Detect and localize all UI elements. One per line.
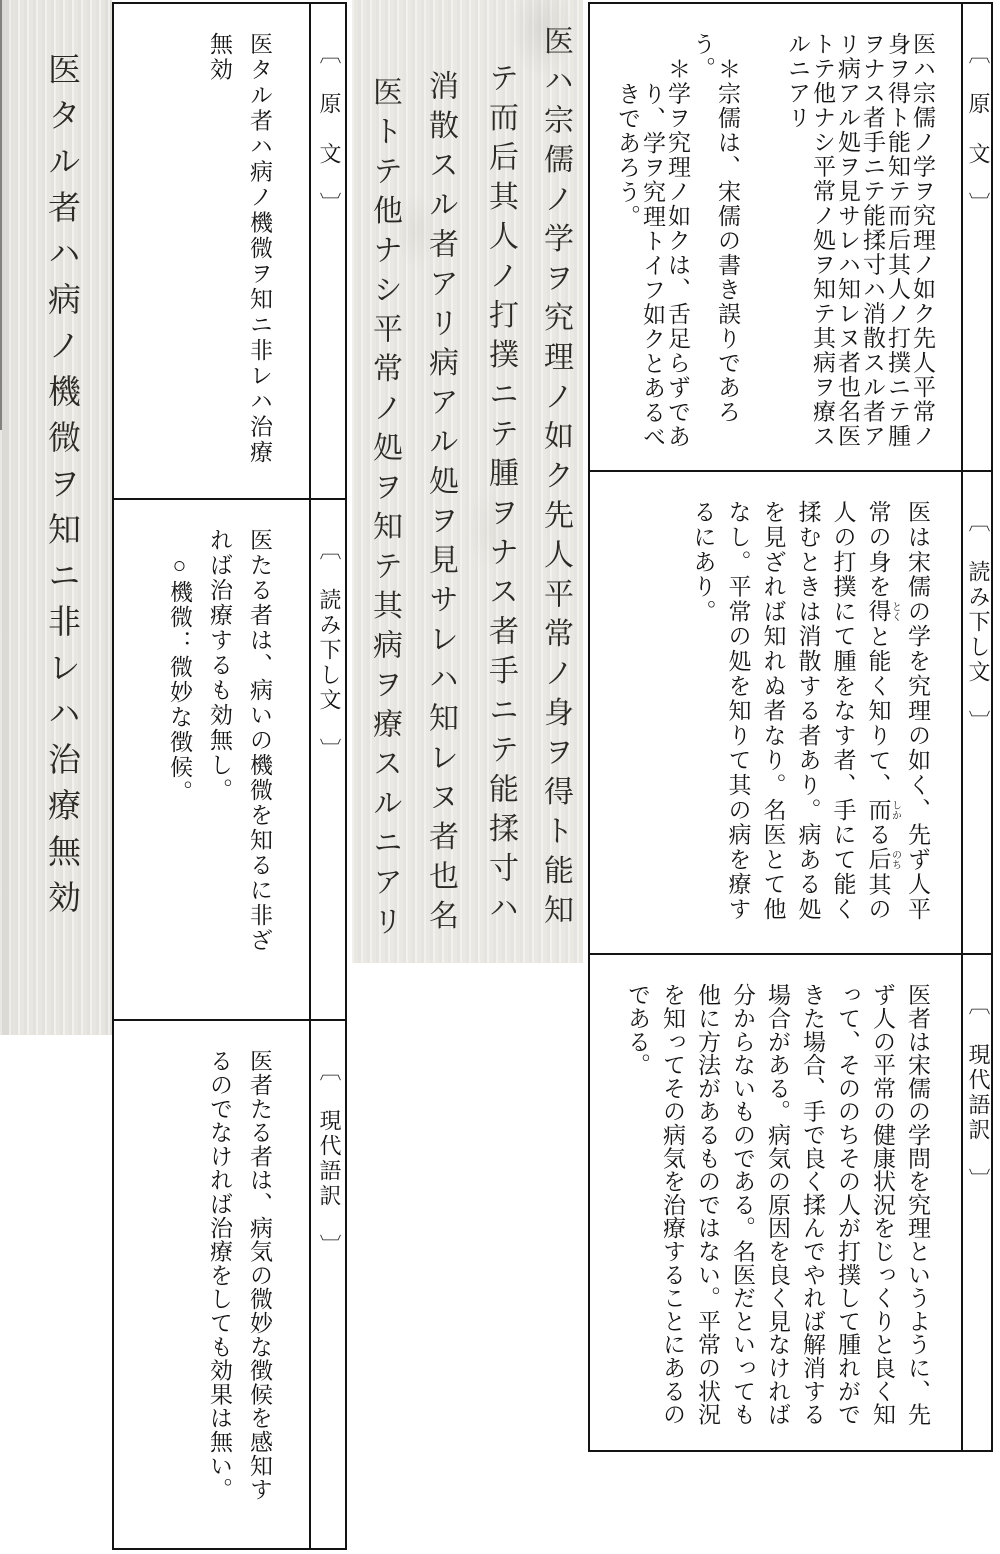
text-column: 医トテ他ナシ平常ノ処ヲ知テ其病ヲ療スルニアリ <box>362 76 406 945</box>
handwritten-text-main: 医ハ宗儒ノ学ヲ究理ノ如ク先人平常ノ身ヲ得ト能知テ而后其人ノ打撲ニテ腫ヲナス者手ニ… <box>352 0 583 963</box>
text-column: を見ざれば知れぬ者なり。名医とて他 <box>756 500 791 951</box>
gendaigoyaku-text: 医者は宋儒の学問を究理というように、先ず人の平常の健康状況をじっくりと良く知って… <box>590 955 961 1452</box>
text-column: 常の身を得とくと能く知りて、而しかる后のち其の <box>861 500 901 951</box>
text-column: なし。平常の処を知りて其の病を療す <box>721 500 756 951</box>
text-column: リ病アル処ヲ見サレハ知レヌ者也名医 <box>835 32 860 468</box>
text-column: ルニアリ <box>785 32 810 468</box>
yomikudashi-text: 医たる者は、病いの機微を知るに非ざれば治療するも効無し。○機微：微妙な徴候。 <box>114 500 309 1019</box>
text-column: である。 <box>620 983 655 1450</box>
text-column: ＊学ヲ究理ノ如クは、舌足らずであ <box>665 32 690 468</box>
right-transcription-panel: 医ハ宗儒ノ学ヲ究理ノ如ク先人平常ノ身ヲ得ト能知テ而后其人ノ打撲ニテ腫ヲナス者手ニ… <box>588 2 993 1452</box>
text-column: 医ハ宗儒ノ学ヲ究理ノ如ク先人平常ノ身ヲ得ト能知 <box>533 25 577 934</box>
section-header-gendaigoyaku: 〔 現代語訳 〕 <box>961 955 991 1452</box>
right-section-yomikudashi: 医は宋儒の学を究理の如く、先ず人平常の身を得とくと能く知りて、而しかる后のち其の… <box>590 472 991 955</box>
document-scan-page: 医タル者ハ病ノ機微ヲ知ニ非レハ治療無効 医タル者ハ病ノ機微ヲ知ニ非レハ治療無効 … <box>0 0 1000 1554</box>
manuscript-left-strip: 医タル者ハ病ノ機微ヲ知ニ非レハ治療無効 <box>0 0 112 1035</box>
text-column: テ而后其人ノ打撲ニテ腫ヲナス者手ニテ能揉寸ハ <box>478 62 522 931</box>
text-column: ず人の平常の健康状況をじっくりと良く知 <box>865 983 900 1450</box>
section-header-genbun: 〔 原 文 〕 <box>961 4 991 470</box>
text-column: 無効 <box>199 32 239 496</box>
text-column: って、そののちその人が打撲して腫れがで <box>830 983 865 1450</box>
manuscript-main-strip: 医ハ宗儒ノ学ヲ究理ノ如ク先人平常ノ身ヲ得ト能知テ而后其人ノ打撲ニテ腫ヲナス者手ニ… <box>352 0 583 963</box>
text-column: きであろう。 <box>615 32 640 468</box>
left-section-yomikudashi: 医たる者は、病いの機微を知るに非ざれば治療するも効無し。○機微：微妙な徴候。 〔… <box>114 500 345 1021</box>
text-column: 消散スル者アリ病アル処ヲ見サレハ知レヌ者也名 <box>418 70 462 939</box>
text-column: 医たる者は、病いの機微を知るに非ざ <box>239 528 279 1017</box>
text-column: ○機微：微妙な徴候。 <box>159 528 199 1017</box>
text-column: 場合がある。病気の原因を良く見なければ <box>760 983 795 1450</box>
section-header-gendaigoyaku: 〔 現代語訳 〕 <box>309 1021 345 1550</box>
right-section-gendaigoyaku: 医者は宋儒の学問を究理というように、先ず人の平常の健康状況をじっくりと良く知って… <box>590 955 991 1452</box>
text-column: 医は宋儒の学を究理の如く、先ず人平 <box>900 500 935 951</box>
left-section-genbun: 医タル者ハ病ノ機微ヲ知ニ非レハ治療無効 〔 原 文 〕 <box>114 4 345 500</box>
text-column: 医タル者ハ病ノ機微ヲ知ニ非レハ治療無効 <box>41 52 85 926</box>
left-transcription-panel: 医タル者ハ病ノ機微ヲ知ニ非レハ治療無効 〔 原 文 〕 医たる者は、病いの機微を… <box>112 2 347 1550</box>
section-header-genbun: 〔 原 文 〕 <box>309 4 345 498</box>
text-column: 人の打撲にて腫をなす者、手にて能く <box>826 500 861 951</box>
text-column: 医者は宋儒の学問を究理というように、先 <box>900 983 935 1450</box>
text-column: トテ他ナシ平常ノ処ヲ知テ其病ヲ療ス <box>810 32 835 468</box>
right-section-genbun: 医ハ宗儒ノ学ヲ究理ノ如ク先人平常ノ身ヲ得ト能知テ而后其人ノ打撲ニテ腫ヲナス者手ニ… <box>590 4 991 472</box>
text-column: 身ヲ得ト能知テ而后其人ノ打撲ニテ腫 <box>885 32 910 468</box>
text-column: れば治療するも効無し。 <box>199 528 239 1017</box>
text-column: を知ってその病気を治療することにあるの <box>655 983 690 1450</box>
section-header-yomikudashi: 〔 読み下し文 〕 <box>309 500 345 1019</box>
text-column: 他に方法があるものではない。平常の状況 <box>690 983 725 1450</box>
text-column: 分からないものである。名医だといっても <box>725 983 760 1450</box>
left-section-gendaigoyaku: 医者たる者は、病気の微妙な徴候を感知するのでなければ治療をしても効果は無い。 〔… <box>114 1021 345 1550</box>
section-header-yomikudashi: 〔 読み下し文 〕 <box>961 472 991 953</box>
text-column: ヲナス者手ニテ能揉寸ハ消散スル者ア <box>860 32 885 468</box>
text-column: 医タル者ハ病ノ機微ヲ知ニ非レハ治療 <box>239 32 279 496</box>
handwritten-text-left: 医タル者ハ病ノ機微ヲ知ニ非レハ治療無効 <box>0 0 112 1035</box>
text-column: 揉むときは消散する者あり。病ある処 <box>791 500 826 951</box>
text-column: 医ハ宗儒ノ学ヲ究理ノ如ク先人平常ノ <box>910 32 935 468</box>
text-column: 医者たる者は、病気の微妙な徴候を感知す <box>239 1049 279 1548</box>
text-column: り、学ヲ究理トイフ如クとあるべ <box>640 32 665 468</box>
text-column: るにあり。 <box>686 500 721 951</box>
text-column: るのでなければ治療をしても効果は無い。 <box>199 1049 239 1548</box>
yomikudashi-text: 医は宋儒の学を究理の如く、先ず人平常の身を得とくと能く知りて、而しかる后のち其の… <box>590 472 961 953</box>
text-column: ＊宗儒は、宋儒の書き誤りであろう。 <box>690 32 740 468</box>
genbun-text: 医タル者ハ病ノ機微ヲ知ニ非レハ治療無効 <box>114 4 309 498</box>
text-column: きた場合、手で良く揉んでやれば解消する <box>795 983 830 1450</box>
gendaigoyaku-text: 医者たる者は、病気の微妙な徴候を感知するのでなければ治療をしても効果は無い。 <box>114 1021 309 1550</box>
genbun-text: 医ハ宗儒ノ学ヲ究理ノ如ク先人平常ノ身ヲ得ト能知テ而后其人ノ打撲ニテ腫ヲナス者手ニ… <box>590 4 961 470</box>
